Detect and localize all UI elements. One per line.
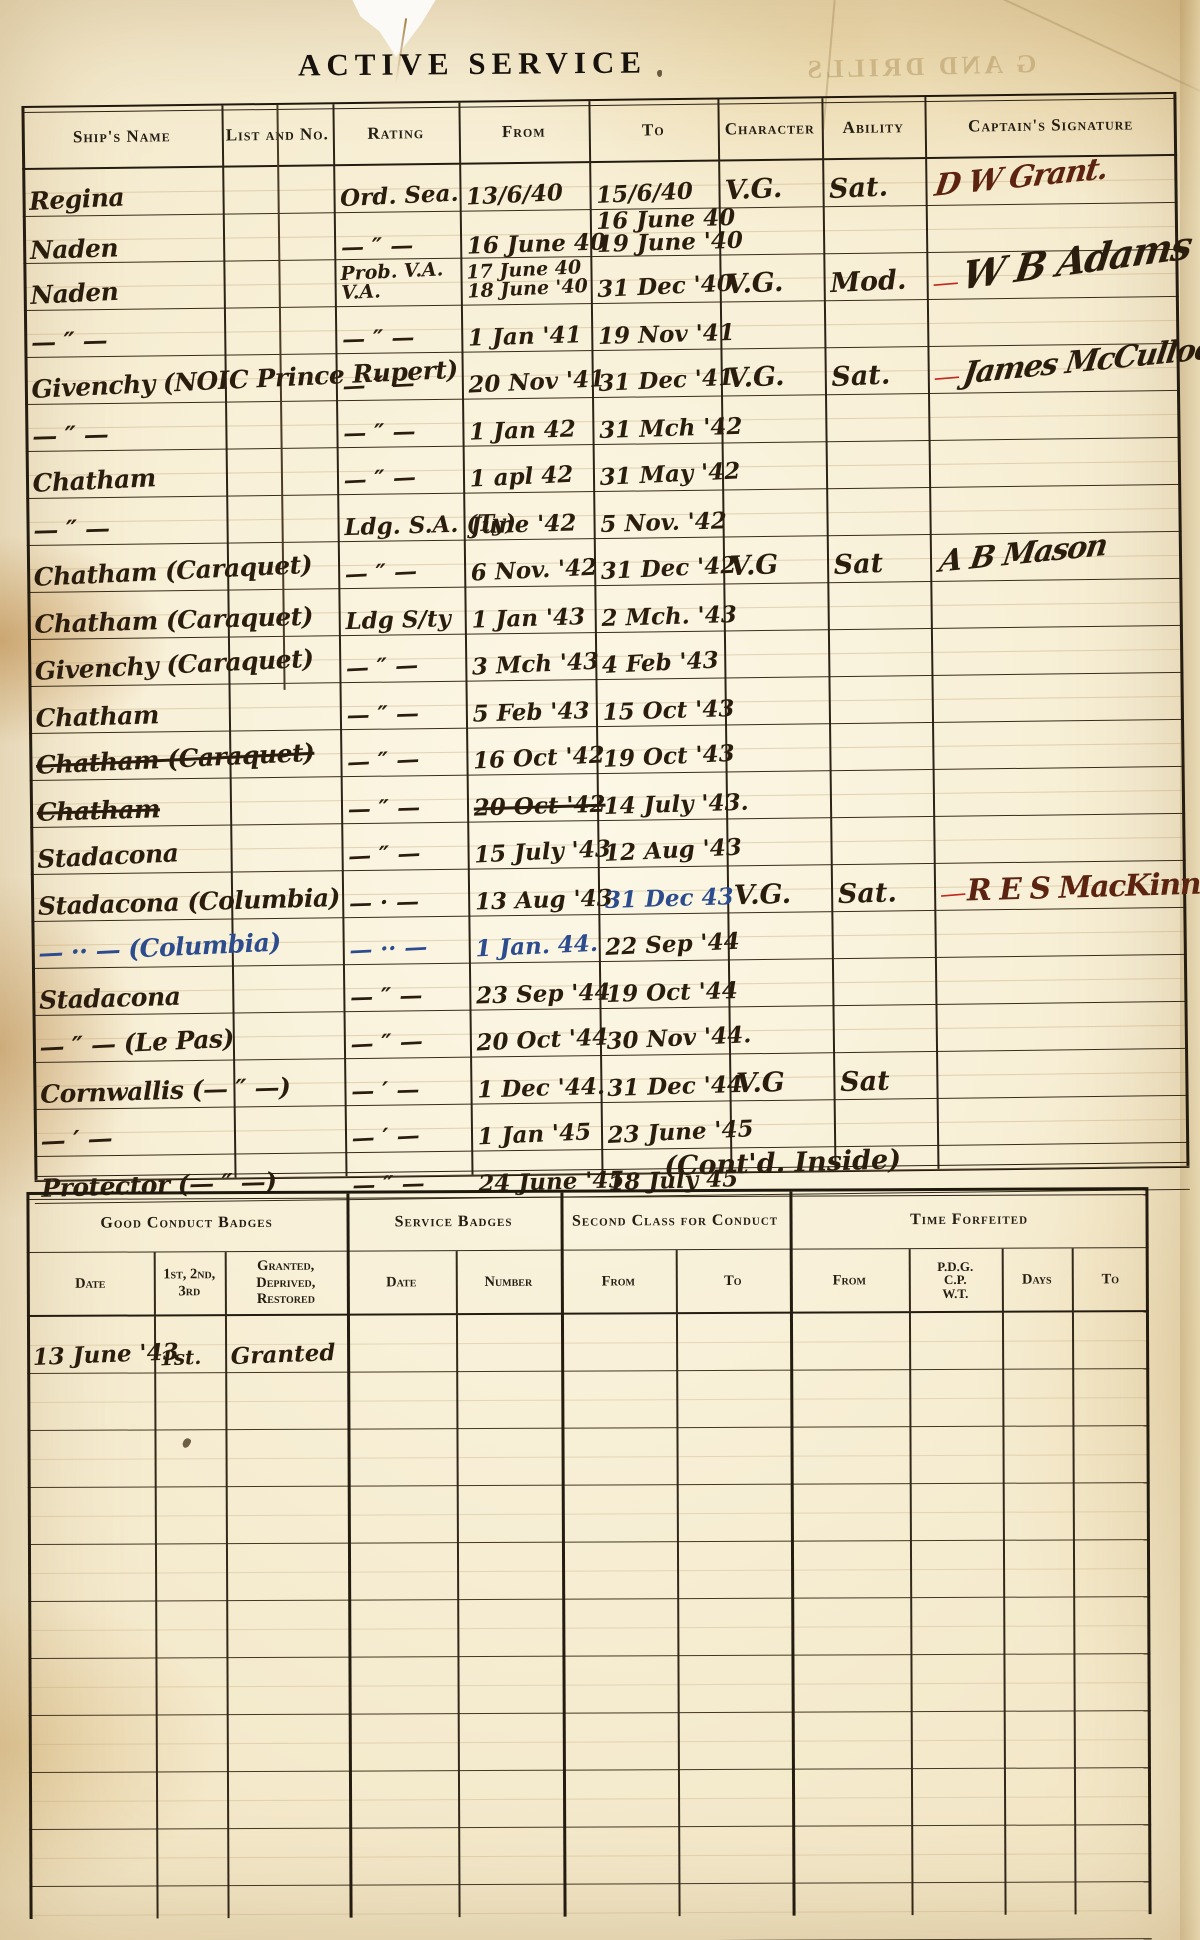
ship-text: — ′ — (40, 1125, 113, 1154)
group-second-class-for-conduct: Second Class for Conduct (560, 1192, 789, 1251)
cell-rating: — ′ — (344, 1058, 471, 1106)
col-header-days: Days (1002, 1248, 1072, 1310)
cell-list (223, 213, 335, 263)
from-text: 20 Oct '42 (473, 792, 605, 819)
from-text: 13/6/40 (466, 181, 564, 209)
badges-entry-row: 13 June '431st.Granted (27, 1312, 1149, 1374)
cell-rating: Ldg S/ty (338, 588, 465, 636)
cell-list (227, 589, 339, 636)
to-text: 31 Dec '41 (598, 365, 735, 395)
cell-ship: Chatham (Caraquet) (27, 591, 228, 639)
cell-to: 23 June '45 (601, 1101, 731, 1149)
cell-from: June '42 (463, 492, 594, 540)
rating-text: — ″ — (342, 371, 415, 398)
to-text: 5 Nov. '42 (600, 509, 727, 536)
col-header-captains-signature: Captain's Signature (924, 94, 1177, 157)
cell-character (721, 395, 826, 442)
cell-from: 3 Mch '43 (465, 633, 596, 681)
cell-rating: — ″ — (344, 1011, 471, 1059)
to-text: 15/6/40 (596, 179, 694, 207)
cell-ability: Sat. (831, 864, 935, 911)
group-time-forfeited: Time Forfeited (789, 1190, 1148, 1250)
cell-ship: — ·· — (Columbia) (31, 920, 232, 968)
rating-text: — ′ — (351, 1078, 420, 1103)
cell-ship: Givenchy (Caraquet) (28, 638, 229, 686)
col-header-to: To (1072, 1248, 1149, 1310)
cell-ship: — ″ — (26, 497, 227, 545)
cell-list (231, 918, 343, 965)
cell-character: V.G. (718, 160, 823, 207)
active-service-table: Ship's Name List and No. Rating From To … (21, 92, 1189, 1182)
to-text: 31 Dec '44 (607, 1072, 743, 1099)
cell-character (722, 489, 827, 536)
cell-ship: Chatham (Caraquet) (27, 544, 228, 592)
cell-ability (831, 911, 935, 958)
cell-signature (929, 438, 1182, 487)
character-text: V.G. (724, 175, 782, 205)
cell-signature: —W B Adams (926, 250, 1179, 299)
cell-rating: — ″ — (337, 447, 464, 495)
cell-to: 31 Dec '40 (590, 256, 720, 304)
badge-cell-3 (347, 1315, 456, 1371)
cell-signature (935, 955, 1188, 1004)
cell-rating: Ord. Sea. (333, 165, 460, 213)
badges-empty-row (28, 1540, 1150, 1602)
cell-ability (828, 676, 932, 723)
cell-ability (830, 817, 934, 864)
cell-ship: — ″ — (24, 309, 225, 357)
rating-text: — ″ — (346, 702, 419, 728)
character-text: V.G (736, 1069, 785, 1098)
from-text: 20 Nov '41 (468, 367, 606, 397)
from-text: 3 Mch '43 (471, 649, 599, 678)
cell-to: 16 June 40 19 June '40 (590, 209, 720, 259)
from-text: 13 Aug '43 (475, 886, 613, 914)
to-text: 31 May '42 (599, 459, 741, 489)
ship-text: Regina (29, 184, 125, 214)
badges-table: Good Conduct Badges Service Badges Secon… (26, 1187, 1151, 1919)
cell-rating: — ″ — (341, 823, 468, 871)
cell-list (234, 1106, 346, 1153)
cell-signature: —R E S MacKinnon (934, 861, 1187, 910)
cell-signature (936, 1049, 1189, 1098)
col-header-character: Character (717, 98, 822, 159)
cell-list (224, 354, 336, 401)
cell-character (727, 912, 832, 959)
from-text: 15 July '43 (474, 837, 612, 867)
cell-signature: A B Mason (930, 532, 1183, 581)
cell-ship: Chatham (29, 685, 230, 733)
col-header-ships-name: Ship's Name (21, 106, 222, 168)
cell-list (233, 1012, 345, 1059)
to-text: 31 Dec '42 (600, 553, 737, 583)
cell-from: 20 Oct '42 (467, 774, 598, 822)
cell-signature (937, 1096, 1190, 1145)
from-text: 6 Nov. '42 (470, 555, 597, 584)
col-header-ability: Ability (821, 97, 925, 158)
cell-list (224, 307, 336, 354)
ship-text: — ″ — (Le Pas) (39, 1025, 235, 1060)
cell-list (230, 777, 342, 824)
cell-ability (834, 1099, 938, 1146)
cell-to: 14 July '43. (597, 772, 727, 820)
cell-to: 5 Nov. '42 (593, 491, 723, 539)
col-header-from: From (561, 1250, 676, 1313)
ship-text: Chatham (32, 465, 156, 496)
rating-text: — ·· — (349, 935, 428, 962)
cell-signature: —James McCulloch (927, 344, 1180, 393)
cell-list (225, 401, 337, 448)
cell-rating: — ″ — (334, 212, 461, 262)
cell-rating: — ″ — (343, 964, 470, 1012)
cell-rating: Ldg. S.A. (Ty) (337, 494, 464, 542)
cell-to: 31 May '42 (593, 444, 723, 492)
cell-from: 6 Nov. '42 (464, 539, 595, 587)
cell-rating: — ″ — (335, 353, 462, 401)
from-text: 1 Dec '44. (477, 1074, 605, 1101)
cell-signature (931, 626, 1184, 675)
cell-to: 31 Dec 43 (598, 866, 728, 914)
cell-character (720, 301, 825, 348)
from-text: 16 Oct '42 (472, 743, 605, 773)
cell-list (226, 495, 338, 542)
badge-cell-9 (1002, 1312, 1072, 1368)
to-text: 31 Dec 43 (605, 885, 734, 912)
cell-from: 1 Jan '45 (471, 1103, 602, 1151)
to-text: 19 Nov '41 (598, 321, 735, 349)
from-text: 5 Feb '43 (472, 699, 590, 726)
badges-empty-row (29, 1768, 1151, 1830)
cell-character (724, 630, 829, 677)
cell-character (719, 207, 824, 257)
cell-to: 19 Oct '43 (596, 725, 726, 773)
to-text: 12 Aug '43 (604, 835, 743, 865)
badges-empty-row (29, 1882, 1151, 1940)
signature-text: A B Mason (937, 531, 1108, 579)
rating-text: — ″ — (347, 747, 420, 774)
cell-ability: Mod. (823, 253, 927, 300)
to-text: 19 Oct '44 (606, 979, 738, 1006)
col-header-badge-no: 1st, 2nd, 3rd (154, 1252, 225, 1314)
cell-from: 13/6/40 (459, 163, 590, 211)
from-text: 17 June 40 18 June '40 (466, 258, 588, 302)
to-text: 2 Mch. '43 (601, 603, 737, 630)
cell-from: 1 Jan. 44. (468, 915, 599, 963)
ship-text: Chatham (35, 702, 159, 731)
col-header-from: From (790, 1249, 909, 1312)
scanned-document-page: ACTIVE SERVICE G AND DRILLS Ship's Name … (0, 0, 1200, 1940)
cell-list (231, 871, 343, 918)
badge-cell-8 (909, 1313, 1002, 1369)
cell-to: 22 Sep '44 (598, 913, 728, 961)
cell-list (226, 448, 338, 495)
badges-group-header-row: Good Conduct Badges Service Badges Secon… (26, 1190, 1148, 1253)
cell-ability: Sat (827, 535, 931, 582)
cell-character: V.G (723, 536, 828, 583)
rating-text: — ″ — (345, 653, 418, 680)
cell-ability (828, 629, 932, 676)
cell-ability (826, 441, 930, 488)
badge-cell-6 (676, 1314, 790, 1370)
cell-from: 20 Oct '44 (470, 1009, 601, 1057)
badge-entry-text: Granted (230, 1341, 336, 1369)
rating-text: — ″ — (350, 983, 423, 1009)
cell-character (730, 1100, 835, 1147)
cell-character (722, 442, 827, 489)
col-header-pdg-cp-wt: P.D.G. C.P. W.T. (909, 1249, 1002, 1311)
ship-text: Stadacona (37, 840, 179, 872)
cell-from: 17 June 40 18 June '40 (460, 257, 591, 305)
cell-rating: — ″ — (339, 635, 466, 683)
ability-text: Mod. (830, 267, 907, 298)
from-text: 1 Jan 42 (469, 417, 576, 444)
rating-text: — · — (349, 890, 420, 916)
cell-to: 30 Nov '44. (600, 1007, 730, 1055)
cell-ship: Chatham (Caraquet) (29, 732, 230, 780)
cell-ability (824, 300, 928, 347)
from-text: 1 Jan '43 (471, 605, 585, 632)
ability-text: Sat (833, 550, 884, 580)
cell-character (728, 959, 833, 1006)
cell-signature (934, 908, 1187, 957)
cell-from: 1 Jan '43 (464, 586, 595, 634)
rating-text: Ord. Sea. (340, 181, 459, 210)
cell-rating: — ″ — (340, 682, 467, 730)
badges-subheader-row: Date 1st, 2nd, 3rd Granted, Deprived, Re… (27, 1248, 1149, 1317)
cell-signature (932, 720, 1185, 769)
cell-signature (931, 673, 1184, 722)
col-header-to: To (676, 1250, 790, 1312)
cell-rating: — ″ — (335, 306, 462, 354)
cell-character: V.G. (719, 254, 824, 301)
group-good-conduct-badges: Good Conduct Badges (26, 1194, 346, 1253)
cell-rating: — ″ — (338, 541, 465, 589)
cell-to: 19 Nov '41 (591, 303, 721, 351)
cell-signature (930, 579, 1183, 628)
cell-ability: Sat (833, 1052, 937, 1099)
rating-text: — ″ — (341, 234, 414, 260)
cell-signature (928, 391, 1181, 440)
rating-text: — ″ — (344, 559, 417, 586)
cell-from: 15 July '43 (467, 821, 598, 869)
cell-ability (832, 1005, 936, 1052)
ship-text: Stadacona (39, 983, 181, 1013)
badges-empty-row (28, 1654, 1150, 1716)
badges-empty-row (28, 1597, 1150, 1659)
rating-text: Prob. V.A. V.A. (340, 261, 445, 305)
cell-ship: — ″ — (Le Pas) (33, 1014, 234, 1062)
cell-to: 15 Oct '43 (595, 678, 725, 726)
cell-character: V.G. (727, 865, 832, 912)
red-dash-mark: — (933, 269, 959, 298)
from-text: 20 Oct '44 (476, 1025, 609, 1055)
cell-list (222, 166, 334, 213)
cell-ship: Stadacona (Columbia) (31, 873, 232, 921)
cell-to: 2 Mch. '43 (594, 585, 724, 633)
cell-from: 1 Jan '41 (461, 304, 592, 352)
cell-signature (933, 814, 1186, 863)
cell-ability (830, 770, 934, 817)
ship-text: — ″ — (33, 515, 110, 543)
from-text: June '42 (470, 511, 577, 538)
badges-empty-row (27, 1426, 1149, 1488)
cell-character (728, 1006, 833, 1053)
ability-text: Sat. (828, 174, 888, 204)
signature-text: R E S MacKinnon (966, 869, 1200, 908)
badge-cell-10 (1072, 1312, 1149, 1368)
character-text: V.G. (733, 881, 791, 910)
cell-to: 31 Dec '44 (600, 1054, 730, 1102)
col-header-number: Number (456, 1251, 561, 1313)
ship-text: Chatham (36, 796, 160, 825)
cell-rating: — ″ — (340, 729, 467, 777)
ship-text: — ″ — (32, 421, 109, 449)
to-text: 15 Oct '43 (602, 697, 734, 724)
cell-from: 16 June 40 (460, 210, 591, 260)
cell-character (726, 818, 831, 865)
badges-table-body: 13 June '431st.Granted (27, 1312, 1152, 1940)
cell-list (223, 260, 335, 307)
badge-cell-4 (456, 1315, 561, 1371)
col-header-to: To (588, 100, 718, 162)
cell-ability (829, 723, 933, 770)
cell-from: 1 Jan 42 (462, 398, 593, 446)
cell-to: 19 Oct '44 (599, 960, 729, 1008)
col-header-rating: Rating (332, 103, 459, 165)
ship-text: — ″ — (31, 327, 108, 355)
cell-character (726, 771, 831, 818)
cell-rating: — ·· — (342, 917, 469, 965)
cell-ability (826, 488, 930, 535)
red-dash-mark: — (940, 880, 966, 909)
cell-ability: Sat. (822, 159, 926, 206)
rating-text: — ″ — (348, 841, 421, 868)
cell-ship: Stadacona (32, 967, 233, 1015)
badge-cell-2: Granted (225, 1316, 347, 1373)
cell-character: V.G. (720, 348, 825, 395)
cell-list (227, 542, 339, 589)
from-text: 16 June 40 (467, 231, 607, 259)
cell-list (230, 824, 342, 871)
character-text: V.G (729, 552, 779, 582)
cell-signature (929, 485, 1182, 534)
cell-to: 31 Dec '42 (594, 538, 724, 586)
ability-text: Sat. (837, 880, 897, 909)
cell-to: 15/6/40 (589, 162, 719, 210)
cell-ability (825, 394, 929, 441)
cell-ship: Stadacona (30, 826, 231, 874)
cell-from: 13 Aug '43 (468, 868, 599, 916)
cell-from: 5 Feb '43 (465, 680, 596, 728)
cell-to: 12 Aug '43 (597, 819, 727, 867)
from-text: 1 apl 42 (469, 462, 574, 490)
cell-ship: Naden (23, 262, 224, 310)
rating-text: — ″ — (343, 420, 416, 446)
rating-text: — ′ — (351, 1123, 420, 1150)
badge-cell-5 (561, 1314, 676, 1371)
cell-ship: Givenchy (NOIC Prince Rupert) (25, 356, 226, 404)
to-text: 31 Dec '40 (597, 271, 734, 301)
from-text: 1 Jan. 44. (475, 931, 599, 960)
from-text: 1 Jan '41 (468, 323, 582, 350)
cell-list (228, 636, 340, 683)
cell-ship: — ″ — (25, 403, 226, 451)
cell-ship: Chatham (26, 450, 227, 498)
cell-signature (935, 1002, 1188, 1051)
cell-from: 1 Dec '44. (470, 1056, 601, 1104)
cell-ability: Sat. (824, 347, 928, 394)
cell-rating: — ″ — (336, 400, 463, 448)
rating-text: — ″ — (342, 326, 415, 352)
badge-entry-text: 1st. (159, 1346, 201, 1368)
cell-ship: — ′ — (34, 1108, 235, 1156)
character-text: V.G. (727, 363, 785, 393)
ability-text: Sat. (831, 362, 891, 392)
badge-cell-7 (790, 1313, 909, 1370)
cell-list (229, 683, 341, 730)
col-header-date: Date (27, 1252, 154, 1315)
rating-text: — ″ — (347, 796, 420, 822)
group-service-badges: Service Badges (346, 1193, 560, 1252)
to-text: 4 Feb '43 (601, 648, 719, 677)
rating-text: — ″ — (350, 1029, 423, 1056)
badges-empty-row (27, 1369, 1149, 1431)
rating-text: — ″ — (343, 465, 416, 492)
signature-text: D W Grant. (933, 155, 1109, 203)
badges-empty-row (29, 1825, 1151, 1887)
badge-cell-1: 1st. (154, 1316, 225, 1372)
cell-character: V.G (729, 1053, 834, 1100)
cell-ship: Chatham (30, 779, 231, 827)
cell-signature: D W Grant. (925, 156, 1178, 205)
cell-from: 16 Oct '42 (466, 727, 597, 775)
ship-text: Naden (30, 278, 119, 308)
badges-empty-row (29, 1711, 1151, 1773)
cell-ship: Naden (23, 215, 224, 266)
cell-ship: Regina (22, 168, 223, 216)
to-text: 22 Sep '44 (605, 929, 740, 959)
ship-text: Naden (30, 236, 119, 264)
cell-character (725, 724, 830, 771)
cell-ability (827, 582, 931, 629)
cell-ability (823, 206, 927, 256)
cell-from: 1 apl 42 (463, 445, 594, 493)
cell-character (724, 677, 829, 724)
cell-list (229, 730, 341, 777)
red-dash-mark: — (934, 363, 960, 392)
cell-character (723, 583, 828, 630)
cell-rating: — ′ — (345, 1105, 472, 1153)
cell-to: 4 Feb '43 (595, 631, 725, 679)
cell-rating: — ″ — (341, 776, 468, 824)
cell-ship: Cornwallis (— ″ —) (33, 1061, 234, 1109)
cell-from: 23 Sep '44 (469, 962, 600, 1010)
cell-to: 31 Mch '42 (592, 397, 722, 445)
col-header-from: From (458, 101, 589, 163)
character-text: V.G. (726, 269, 784, 299)
ability-text: Sat (840, 1068, 890, 1097)
cell-list (233, 1059, 345, 1106)
from-text: 23 Sep '44 (476, 980, 611, 1007)
cell-to: 31 Dec '41 (591, 350, 721, 398)
cell-ability (832, 958, 936, 1005)
from-text: 1 Jan '45 (477, 1120, 592, 1149)
col-header-date: Date (347, 1251, 456, 1313)
badge-cell-0: 13 June '43 (27, 1316, 154, 1373)
cell-rating: — · — (342, 870, 469, 918)
cell-signature (933, 767, 1186, 816)
rating-text: Ldg S/ty (345, 607, 451, 634)
